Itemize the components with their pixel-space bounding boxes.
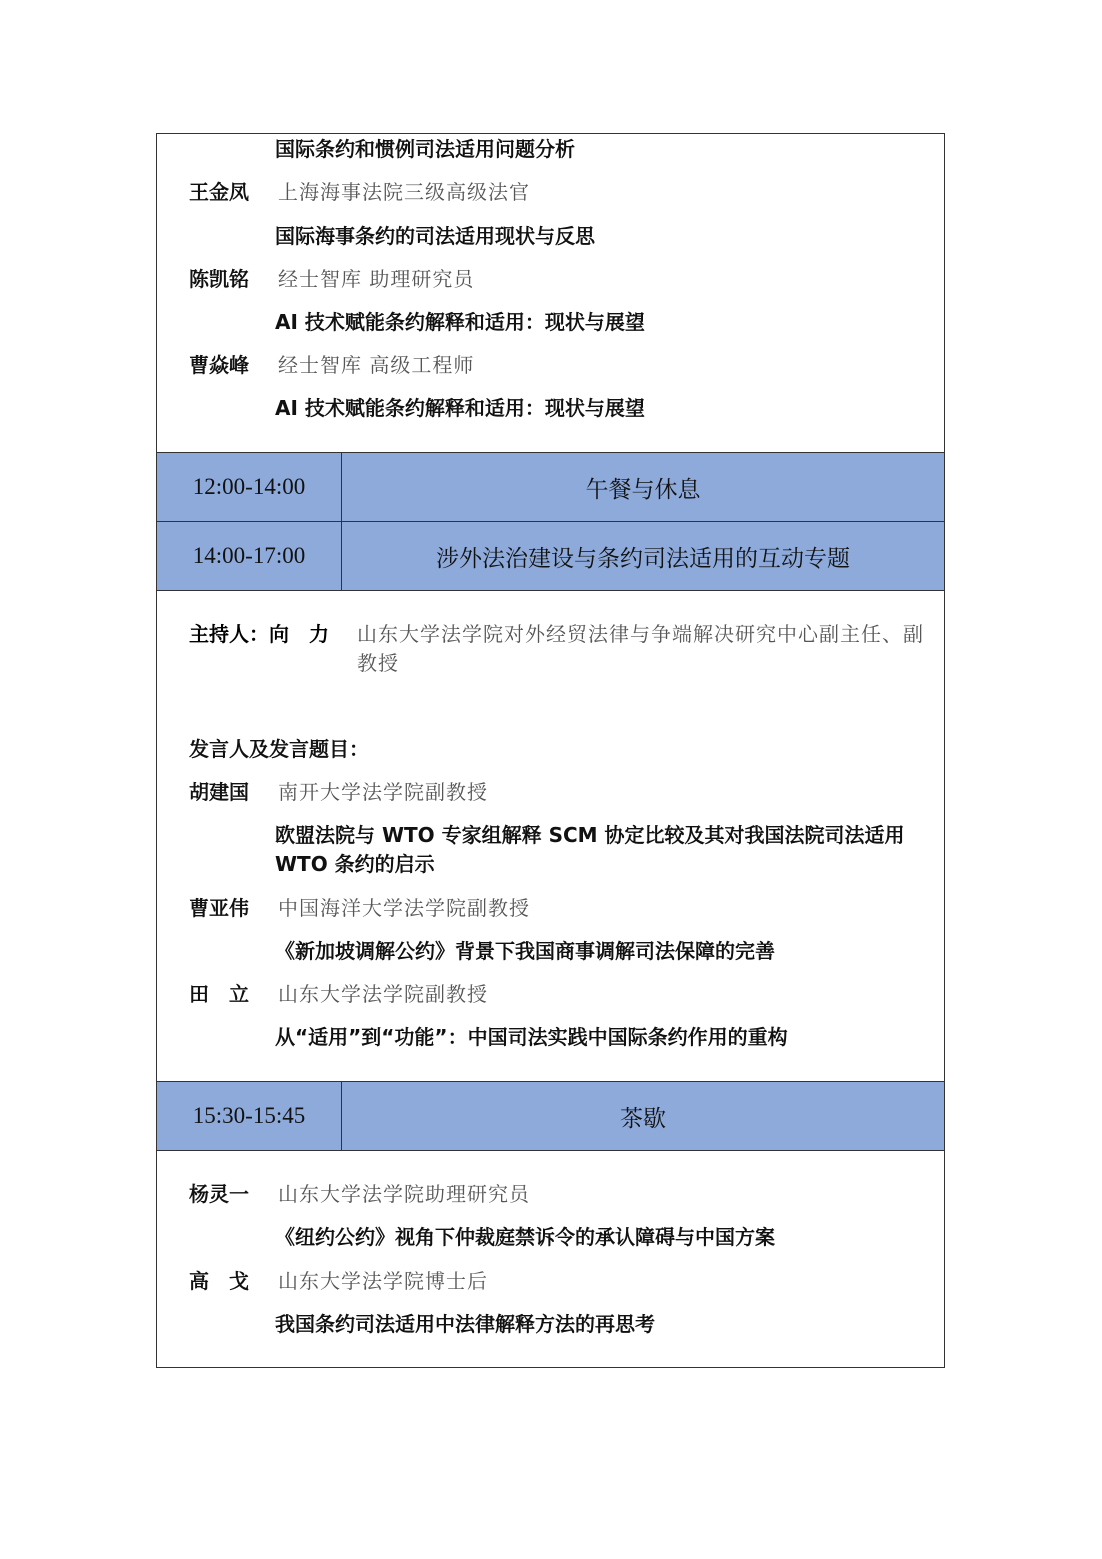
host-affiliation: 山东大学法学院对外经贸法律与争端解决研究中心副主任、副教授 <box>357 620 927 678</box>
speaker-name: 杨灵一 <box>189 1180 249 1208</box>
session3-content: 杨灵一 山东大学法学院助理研究员 《纽约公约》视角下仲裁庭禁诉令的承认障碍与中国… <box>157 1151 944 1367</box>
topic: AI 技术赋能条约解释和适用：现状与展望 <box>275 308 645 336</box>
speaker-affiliation: 山东大学法学院副教授 <box>278 980 488 1008</box>
topic: 我国条约司法适用中法律解释方法的再思考 <box>275 1310 655 1338</box>
topic: AI 技术赋能条约解释和适用：现状与展望 <box>275 394 645 422</box>
speaker-name: 陈凯铭 <box>189 265 249 293</box>
session1-tail: 国际条约和惯例司法适用问题分析 王金凤 上海海事法院三级高级法官 国际海事条约的… <box>157 134 944 453</box>
lunch-band: 12:00-14:00 午餐与休息 <box>157 453 944 522</box>
topic: 《新加坡调解公约》背景下我国商事调解司法保障的完善 <box>275 937 775 965</box>
speaker-name: 王金凤 <box>189 178 249 206</box>
speaker-affiliation: 经士智库 高级工程师 <box>278 351 474 379</box>
tea-break-band: 15:30-15:45 茶歇 <box>157 1082 944 1151</box>
speaker-name: 胡建国 <box>189 778 249 806</box>
topic: 《纽约公约》视角下仲裁庭禁诉令的承认障碍与中国方案 <box>275 1223 775 1251</box>
session2-band: 14:00-17:00 涉外法治建设与条约司法适用的互动专题 <box>157 522 944 591</box>
host-label: 主持人：向 力 <box>189 620 329 648</box>
session-title: 午餐与休息 <box>342 453 944 521</box>
speaker-affiliation: 山东大学法学院博士后 <box>278 1267 488 1295</box>
speaker-name: 曹焱峰 <box>189 351 249 379</box>
speaker-affiliation: 南开大学法学院副教授 <box>278 778 488 806</box>
session-title: 茶歇 <box>342 1082 944 1150</box>
speaker-name: 曹亚伟 <box>189 894 249 922</box>
topic: 从“适用”到“功能”：中国司法实践中国际条约作用的重构 <box>275 1023 788 1051</box>
topic: 欧盟法院与 WTO 专家组解释 SCM 协定比较及其对我国法院司法适用 WTO … <box>275 821 935 879</box>
time-slot: 14:00-17:00 <box>157 522 342 590</box>
speaker-affiliation: 经士智库 助理研究员 <box>278 265 474 293</box>
time-slot: 12:00-14:00 <box>157 453 342 521</box>
speaker-affiliation: 山东大学法学院助理研究员 <box>278 1180 530 1208</box>
session2-content: 主持人：向 力 山东大学法学院对外经贸法律与争端解决研究中心副主任、副教授 发言… <box>157 591 944 1082</box>
speaker-name: 田 立 <box>189 980 249 1008</box>
speaker-affiliation: 中国海洋大学法学院副教授 <box>278 894 530 922</box>
time-slot: 15:30-15:45 <box>157 1082 342 1150</box>
speaker-affiliation: 上海海事法院三级高级法官 <box>278 178 530 206</box>
session-title: 涉外法治建设与条约司法适用的互动专题 <box>342 522 944 590</box>
topic: 国际条约和惯例司法适用问题分析 <box>275 135 575 163</box>
speaker-name: 高 戈 <box>189 1267 249 1295</box>
speakers-label: 发言人及发言题目： <box>189 735 369 763</box>
agenda-table: 国际条约和惯例司法适用问题分析 王金凤 上海海事法院三级高级法官 国际海事条约的… <box>156 133 945 1368</box>
topic: 国际海事条约的司法适用现状与反思 <box>275 222 595 250</box>
